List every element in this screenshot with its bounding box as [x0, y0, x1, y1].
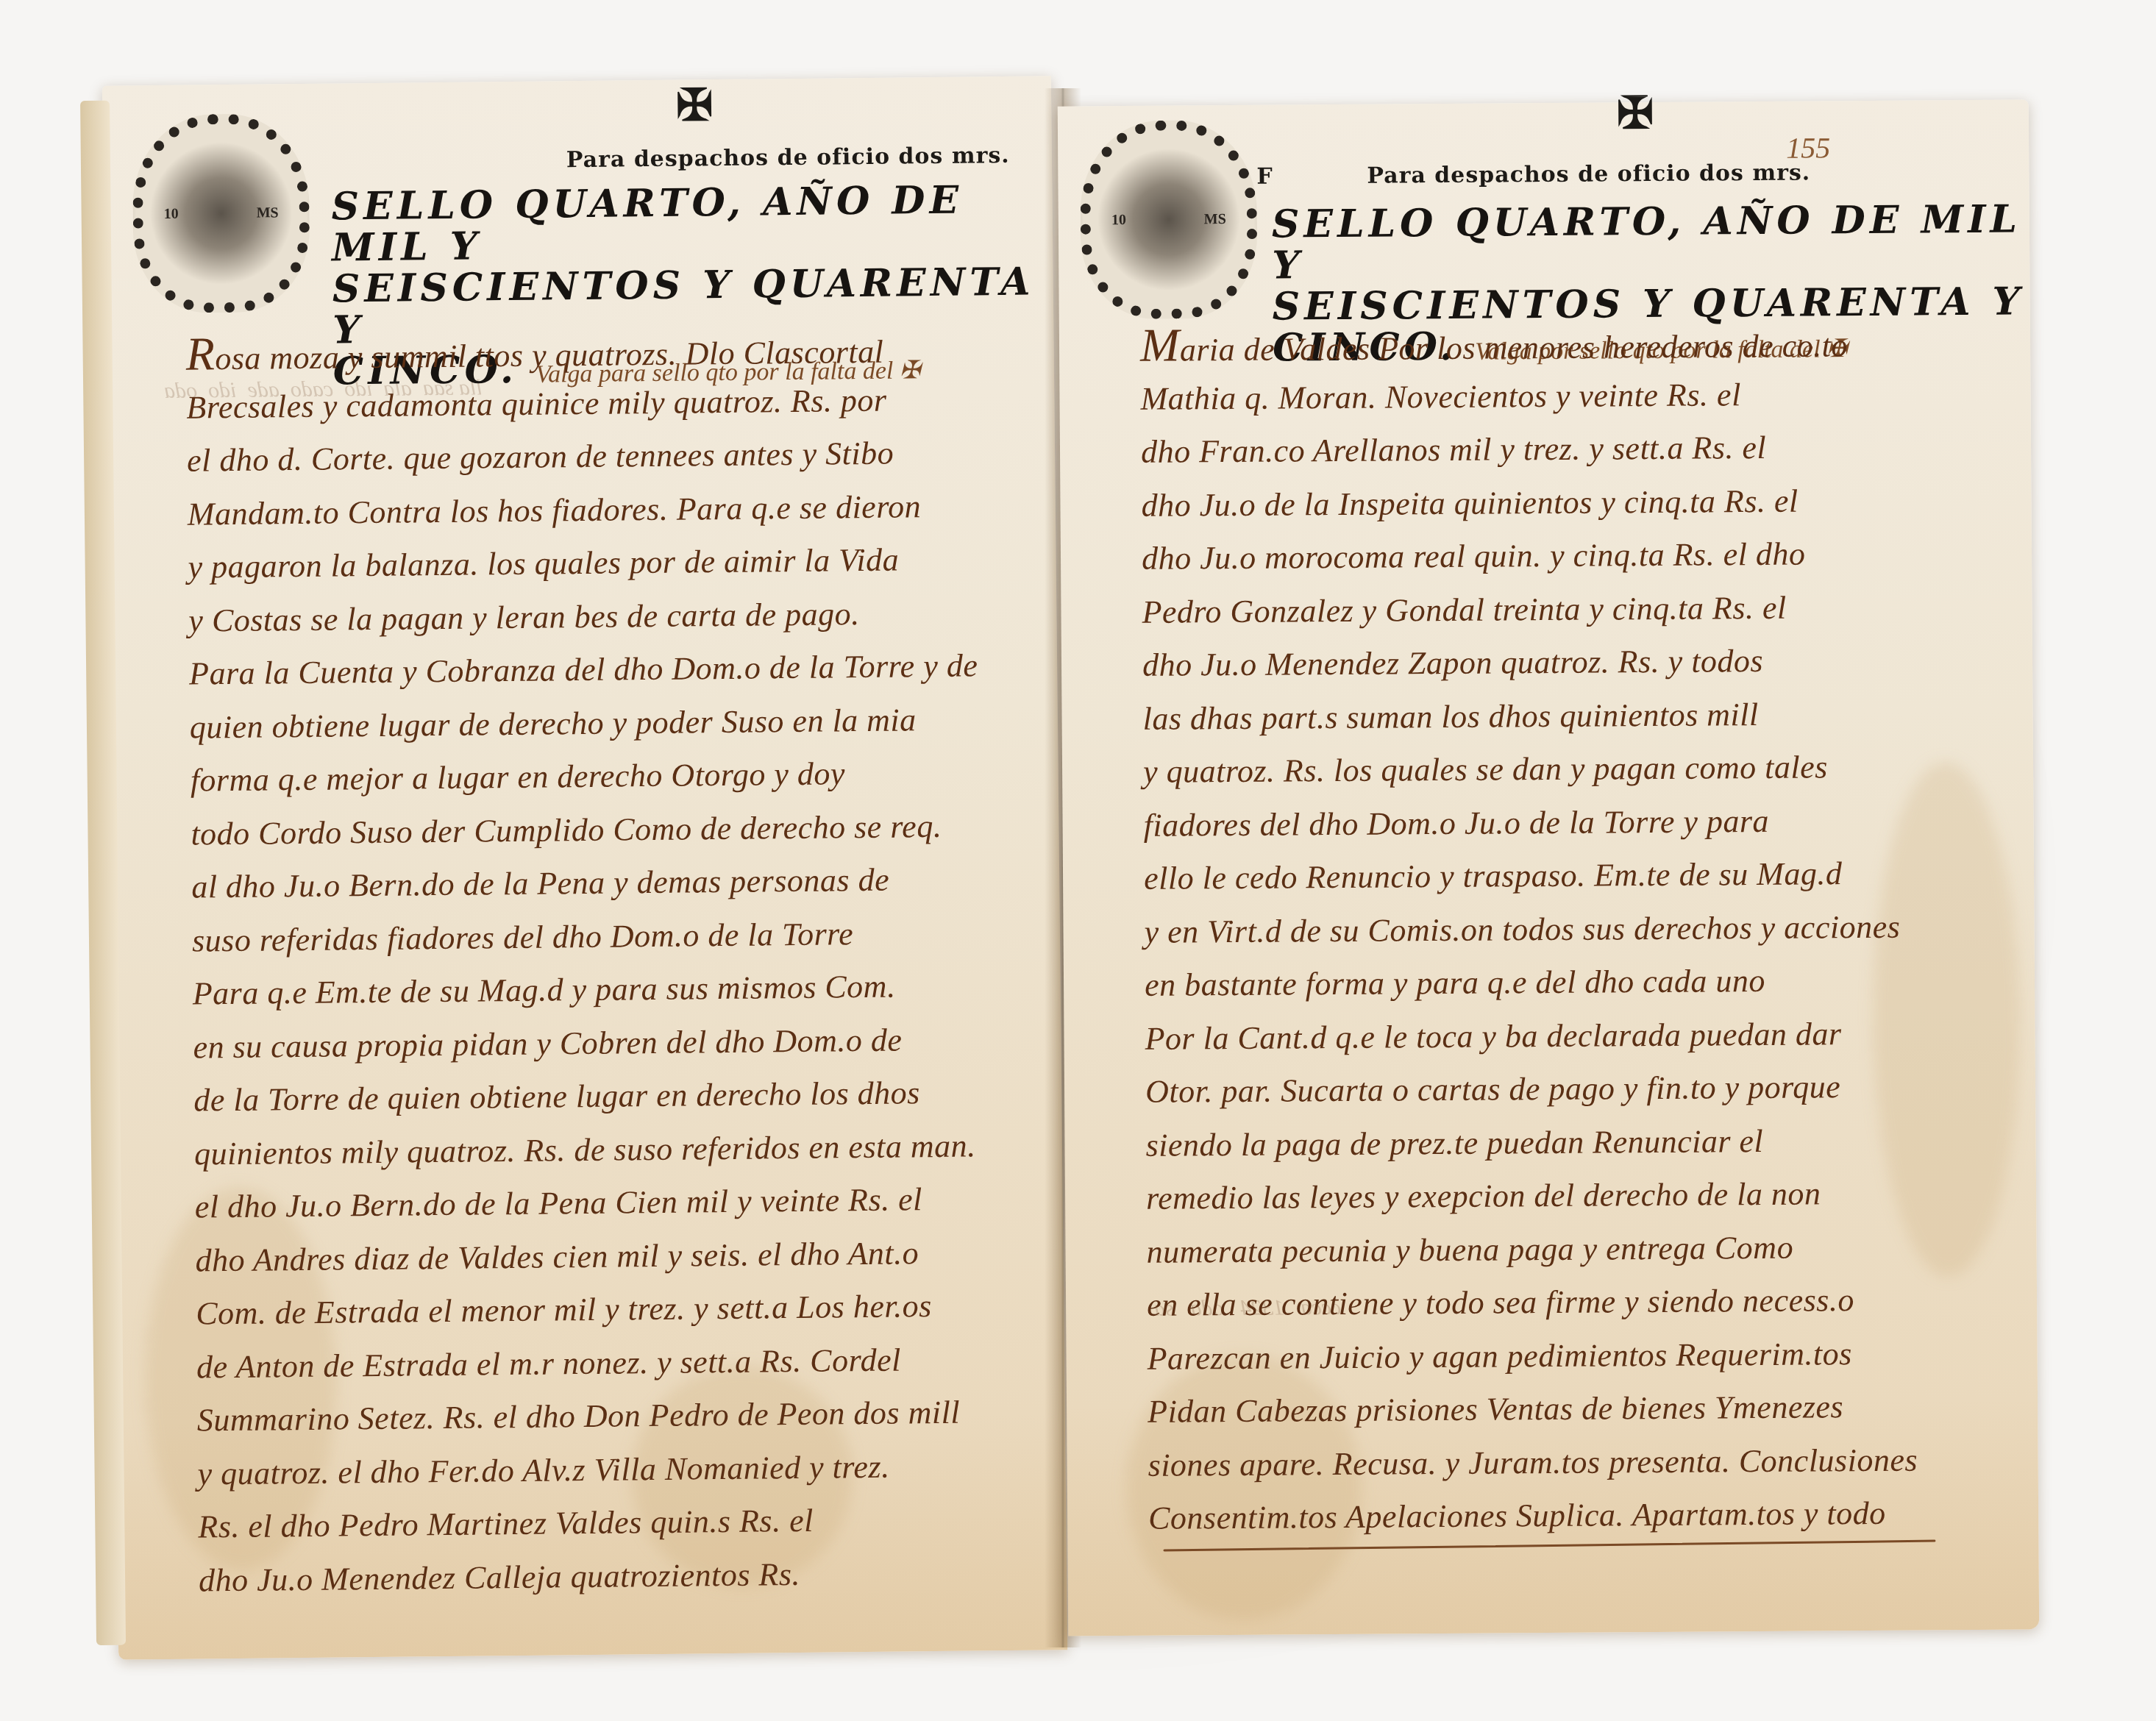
text-line: las dhas part.s suman los dhos quiniento…	[1142, 686, 1974, 745]
text-line: numerata pecunia y buena paga y entrega …	[1146, 1219, 1977, 1278]
royal-seal-stamp: 10 MS	[132, 113, 310, 313]
right-page-handwritten-text: Maria de Valdes Por los menores heredero…	[1140, 313, 1980, 1545]
seal-left-label: 10	[164, 205, 179, 222]
text-line: y Costas se la pagan y leran bes de cart…	[188, 586, 983, 648]
text-line: dho Ju.o morocoma real quin. y cinq.ta R…	[1142, 527, 1973, 585]
text-line: Rs. el dho Pedro Martinez Valdes quin.s …	[198, 1492, 993, 1554]
stamp-tax-line: Para despachos de oficio dos mrs.	[566, 143, 1010, 173]
text-line: y quatroz. Rs. los quales se dan y pagan…	[1143, 740, 1974, 799]
text-line: Parezcan en Juicio y agan pedimientos Re…	[1147, 1326, 1978, 1385]
text-line: Para la Cuenta y Cobranza del dho Dom.o …	[189, 639, 984, 701]
text-line: en ella se contiene y todo sea firme y s…	[1147, 1273, 1978, 1332]
text-line: dho Andres diaz de Valdes cien mil y sei…	[195, 1226, 990, 1288]
text-line: forma q.e mejor a lugar en derecho Otorg…	[190, 746, 985, 808]
cross-mark-icon: ✠	[676, 79, 714, 132]
text-line: Para q.e Em.te de su Mag.d y para sus mi…	[192, 959, 987, 1021]
marginal-mark: F	[1256, 164, 1273, 190]
right-page: ccca 1324 oda sa 10 MS ✠ 155 F Para desp…	[1058, 99, 2039, 1636]
text-line: Summarino Setez. Rs. el dho Don Pedro de…	[196, 1386, 992, 1447]
text-line: quien obtiene lugar de derecho y poder S…	[190, 693, 985, 755]
text-line: Otor. par. Sucarta o cartas de pago y fi…	[1145, 1060, 1977, 1119]
text-line: Maria de Valdes Por los menores heredero…	[1140, 313, 1971, 372]
left-page-handwritten-text: Rosa moza y summil ttos y quatrozs. Dlo …	[185, 319, 993, 1607]
text-line: Rosa moza y summil ttos y quatrozs. Dlo …	[185, 319, 981, 381]
left-page: lla saa ala ido cado ade ido oda 10 MS ✠…	[102, 76, 1067, 1659]
text-line: Por la Cant.d q.e le toca y ba declarada…	[1145, 1006, 1976, 1065]
text-line: dho Ju.o Menendez Zapon quatroz. Rs. y t…	[1142, 633, 1974, 692]
text-line: quinientos mily quatroz. Rs. de suso ref…	[194, 1119, 989, 1181]
royal-seal-stamp: 10 MS	[1080, 120, 1258, 320]
text-line: siendo la paga de prez.te puedan Renunci…	[1145, 1113, 1977, 1172]
text-line: y quatroz. el dho Fer.do Alv.z Villa Nom…	[197, 1439, 992, 1501]
text-line: Brecsales y cadamonta quinice mily quatr…	[186, 373, 981, 435]
stamp-line-2: SELLO QUARTO, AÑO DE MIL Y	[331, 179, 1053, 268]
text-line: al dho Ju.o Bern.do de la Pena y demas p…	[191, 852, 986, 914]
text-line: dho Fran.co Arellanos mil y trez. y sett…	[1141, 420, 1972, 479]
seal-right-label: MS	[257, 204, 279, 221]
cross-mark-icon: ✠	[1617, 88, 1654, 139]
text-line: dho Ju.o de la Inspeita quinientos y cin…	[1141, 473, 1972, 532]
text-line: Consentim.tos Apelaciones Suplica. Apart…	[1148, 1486, 1979, 1545]
text-line: dho Ju.o Menendez Calleja quatrozientos …	[199, 1546, 994, 1608]
text-line: suso referidas fiadores del dho Dom.o de…	[192, 906, 987, 968]
stamp-line-2: SELLO QUARTO, AÑO DE MIL Y	[1272, 199, 2030, 286]
text-line: Com. de Estrada el menor mil y trez. y s…	[196, 1279, 991, 1341]
text-line: Mathia q. Moran. Novecientos y veinte Rs…	[1140, 366, 1971, 425]
text-line: todo Cordo Suso der Cumplido Como de der…	[191, 799, 986, 861]
text-line: Pedro Gonzalez y Gondal treinta y cinq.t…	[1142, 580, 1973, 638]
text-line: en su causa propia pidan y Cobren del dh…	[193, 1013, 988, 1075]
text-line: el dho Ju.o Bern.do de la Pena Cien mil …	[194, 1172, 989, 1234]
text-line: ello le cedo Renuncio y traspaso. Em.te …	[1144, 847, 1975, 905]
text-line: el dho d. Corte. que gozaron de tennees …	[187, 426, 982, 488]
text-line: en bastante forma y para q.e del dho cad…	[1145, 953, 1976, 1012]
text-line: de Anton de Estrada el m.r nonez. y sett…	[196, 1333, 992, 1394]
text-line: fiadores del dho Dom.o Ju.o de la Torre …	[1143, 793, 1974, 852]
text-line: siones apare. Recusa. y Juram.tos presen…	[1148, 1433, 1979, 1492]
text-line: y pagaron la balanza. los quales por de …	[188, 532, 983, 594]
text-line: y en Virt.d de su Comis.on todos sus der…	[1144, 899, 1975, 958]
stamp-tax-line: Para despachos de oficio dos mrs.	[1367, 160, 1810, 188]
seal-right-label: MS	[1204, 211, 1226, 228]
text-line: Mandam.to Contra los hos fiadores. Para …	[188, 480, 983, 541]
text-line: Pidan Cabezas prisiones Ventas de bienes…	[1148, 1380, 1979, 1439]
text-line: remedio las leyes y exepcion del derecho…	[1146, 1166, 1977, 1225]
text-line: de la Torre de quien obtiene lugar en de…	[193, 1066, 989, 1127]
seal-left-label: 10	[1111, 211, 1126, 228]
